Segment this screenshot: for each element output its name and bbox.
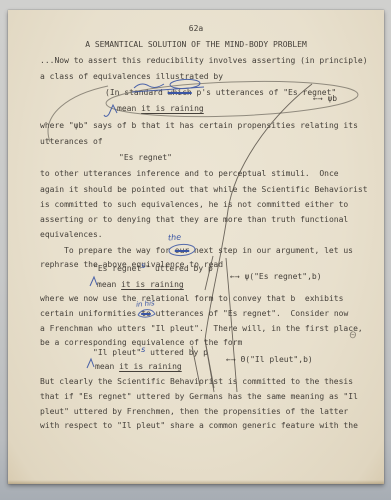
typed-line: equivalences. <box>40 230 103 240</box>
typed-text: utterances of "Es regnet". Consider now <box>151 309 348 318</box>
manuscript-page: 62a A SEMANTICAL SOLUTION OF THE MIND-BO… <box>8 10 384 484</box>
typed-line: pleut" uttered by Frenchmen, then the pr… <box>40 407 348 417</box>
typed-line: "Es regnet" <box>119 153 172 163</box>
struck-word: which <box>168 88 192 97</box>
page-number: 62a <box>8 24 384 34</box>
struck-word: our <box>175 246 189 255</box>
equivalence-3-formula: ←→ Θ("Il pleut",b) <box>226 355 313 365</box>
equivalence-1-formula: ←→ ψb <box>313 94 337 104</box>
struck-word: to <box>141 309 151 318</box>
handwritten-insertion-s: s <box>141 261 145 270</box>
typed-line: a class of equivalences illustrated by <box>40 72 223 82</box>
typed-text: (In standard <box>105 88 168 97</box>
typed-line-with-edit: To prepare the way for our next step in … <box>64 246 353 256</box>
equivalence-2-line-1: "Es regnets" uttered by p <box>93 264 213 274</box>
typed-text: " uttered by p <box>145 264 212 273</box>
pencil-theta-margin-mark: Θ <box>348 331 357 341</box>
typed-line: where "ψb" says of b that it has certain… <box>40 121 358 131</box>
photo-backdrop: 62a A SEMANTICAL SOLUTION OF THE MIND-BO… <box>0 0 391 500</box>
handwritten-words-in-his: in his <box>136 299 155 309</box>
typed-line: with respect to "Il pleut" share a commo… <box>40 421 358 431</box>
typed-line: where we now use the relational form to … <box>40 294 343 304</box>
typed-text: next step in our argument, let us <box>189 246 353 255</box>
underlined-text: it is raining <box>121 280 184 289</box>
document-title: A SEMANTICAL SOLUTION OF THE MIND-BODY P… <box>8 40 384 50</box>
typed-line: asserting or to denying that they are mo… <box>40 215 348 225</box>
typed-text: mean <box>97 280 121 289</box>
equivalence-2-formula: ←→ ψ("Es regnet",b) <box>230 272 322 282</box>
typed-text: mean <box>95 362 119 371</box>
handwritten-word-the: the <box>168 234 182 243</box>
equivalence-3-line-1: "Il pleut"s uttered by p <box>93 348 208 358</box>
typed-text: certain uniformities <box>40 309 141 318</box>
typed-text: To prepare the way for <box>64 246 175 255</box>
typed-text: "Es regnet <box>93 264 141 273</box>
underlined-text: it is raining <box>141 104 204 113</box>
typed-line: a Frenchman who utters "Il pleut". There… <box>40 324 363 334</box>
typed-line: But clearly the Scientific Behaviorist i… <box>40 377 353 387</box>
typed-text: uttered by p <box>145 348 208 357</box>
typed-line: again it should be pointed out that whil… <box>40 185 368 195</box>
typed-line: utterances of <box>40 137 103 147</box>
typed-line: that if "Es regnet" uttered by Germans h… <box>40 392 358 402</box>
handwritten-insertion-s: s <box>141 345 145 354</box>
equivalence-2-line-2: mean it is raining <box>97 280 184 290</box>
equivalence-1-line-2: mean it is raining <box>117 104 204 114</box>
typed-text: "Il pleut" <box>93 348 141 357</box>
typed-line: ...Now to assert this reducibility invol… <box>40 56 368 66</box>
equivalence-3-line-2: mean it is raining <box>95 362 182 372</box>
equivalence-1-line-1: (In standard which p's utterances of "Es… <box>105 88 336 98</box>
typed-line: is committed to such equivalences, he is… <box>40 200 348 210</box>
typed-text: mean <box>117 104 141 113</box>
typed-line: to other utterances inference and to per… <box>40 169 339 179</box>
typed-line-with-edit: certain uniformities to utterances of "E… <box>40 309 348 319</box>
underlined-text: it is raining <box>119 362 182 371</box>
